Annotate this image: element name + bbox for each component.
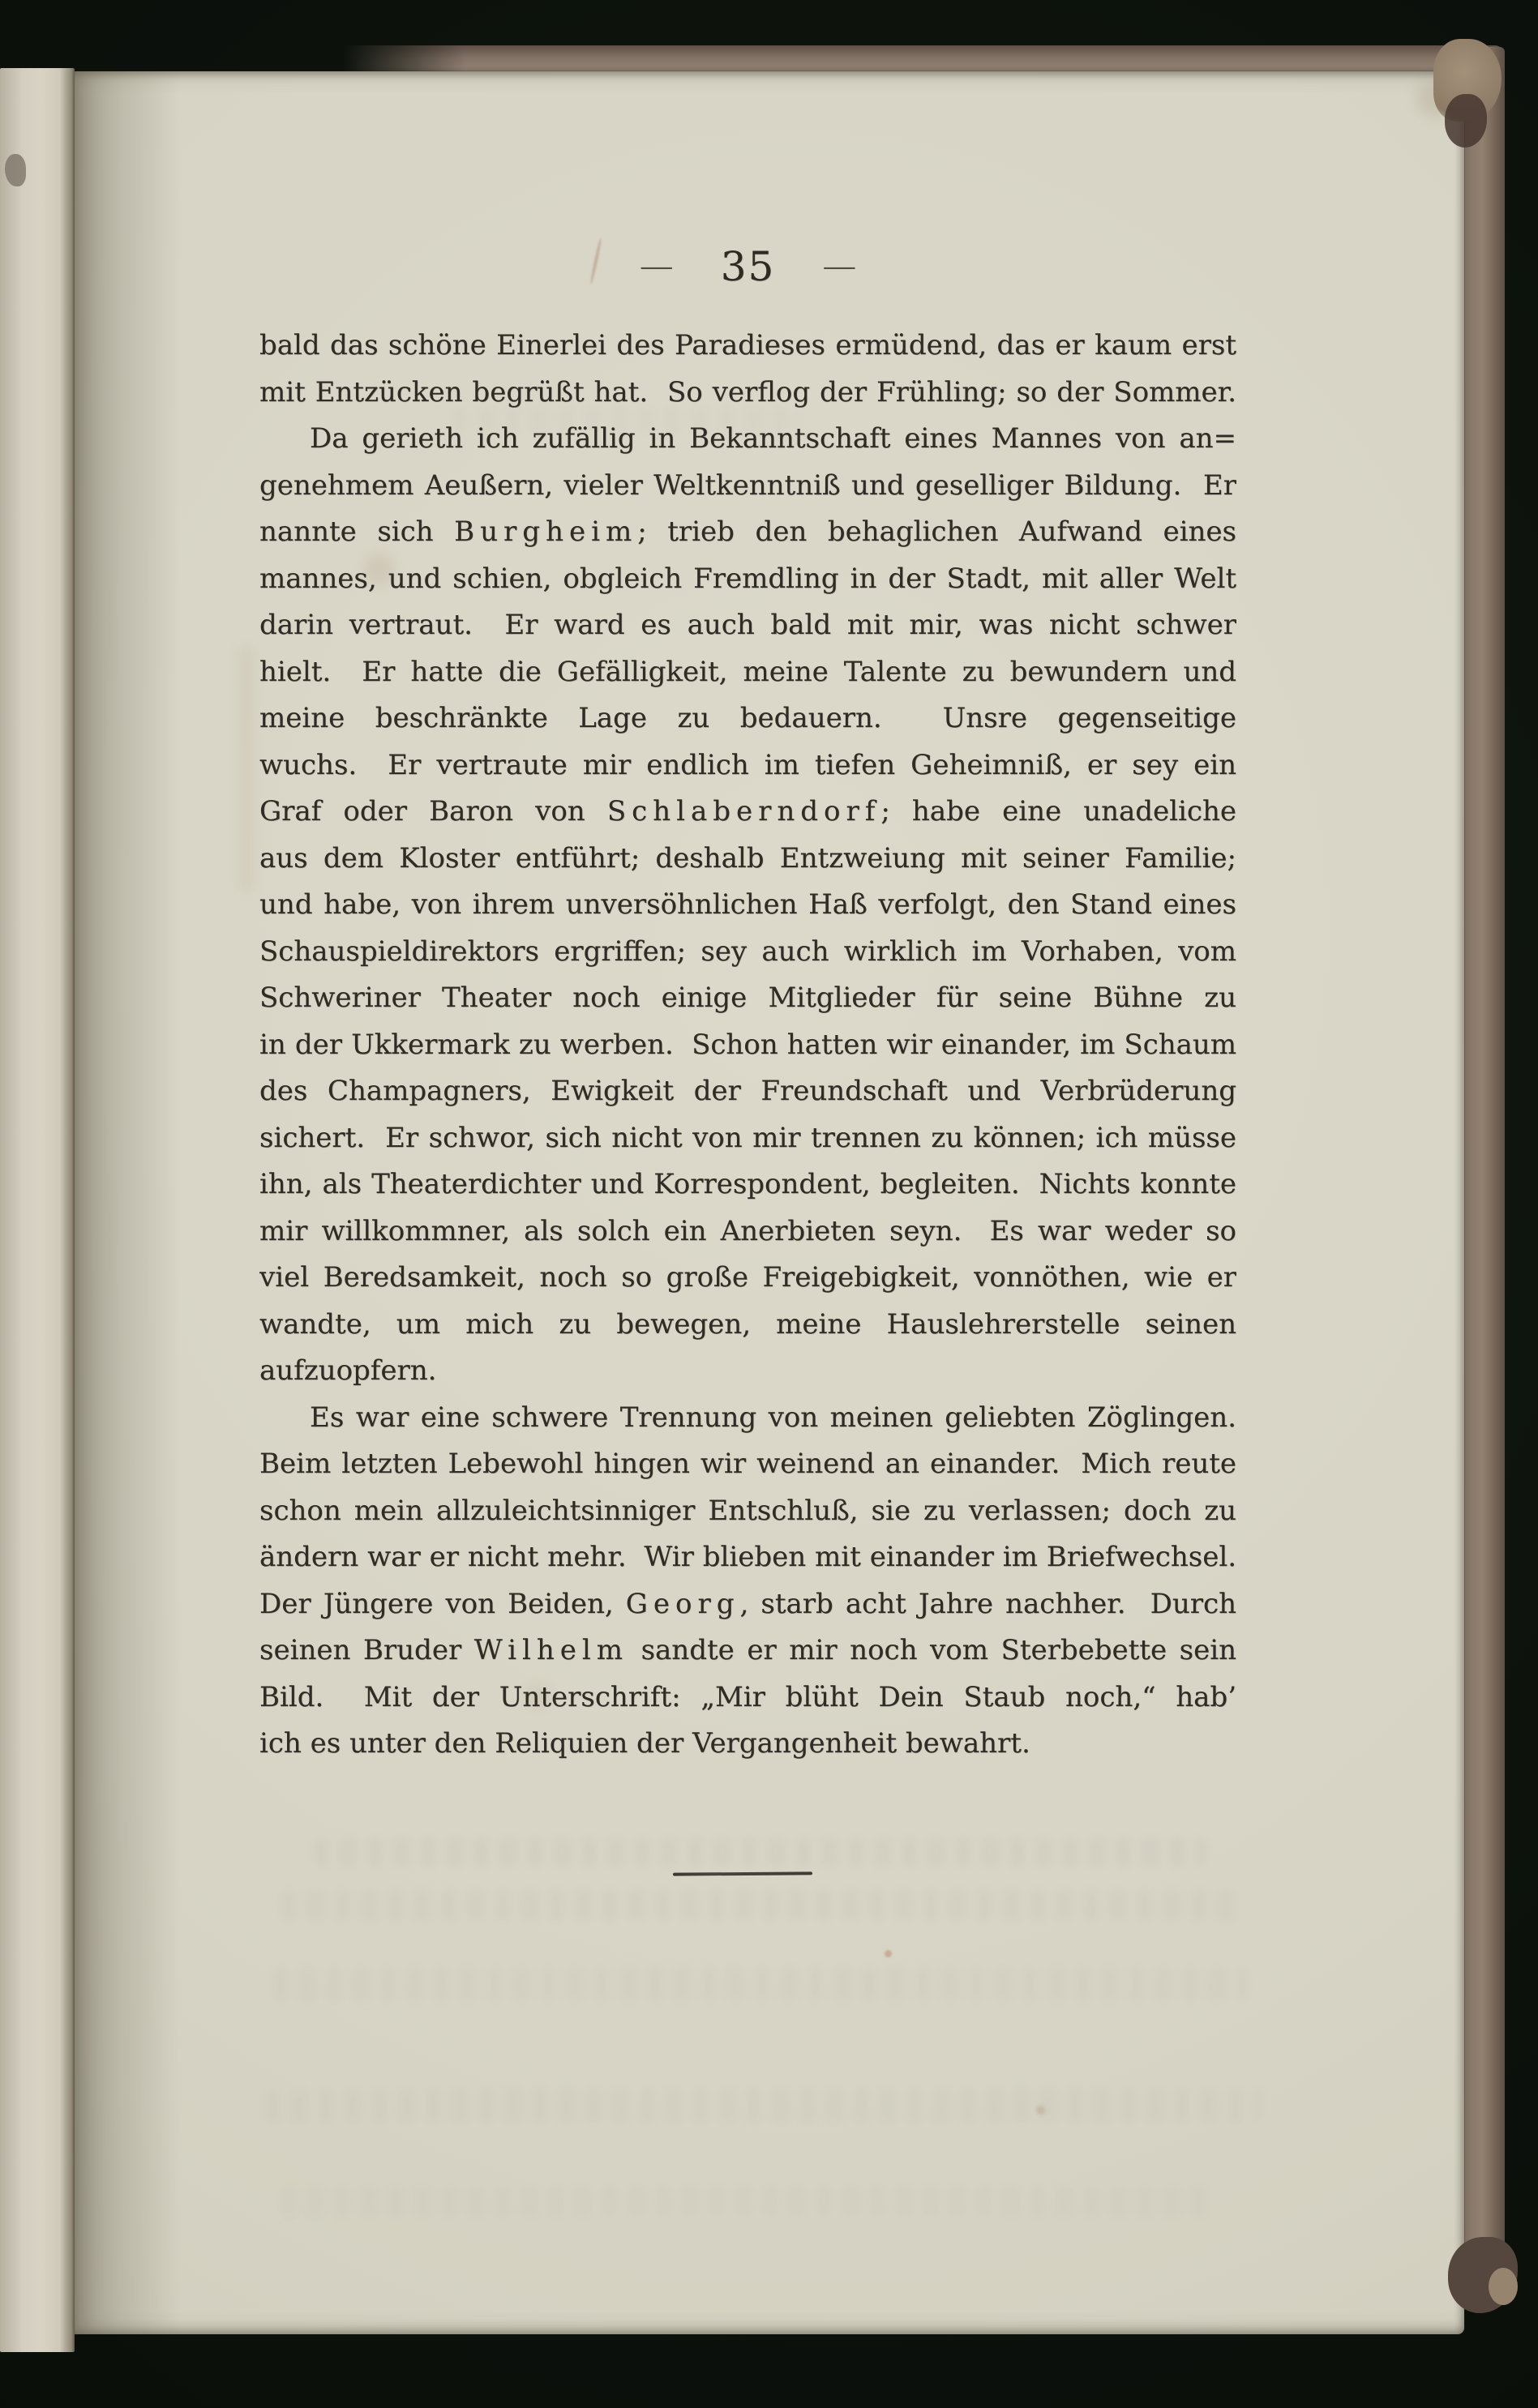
text-segment: mit Entzücken begrüßt hat. So verflog de… [259,376,1236,408]
text-segment: aufzuopfern. [259,1354,436,1387]
text-segment: mir willkommner, als solch ein Anerbiete… [259,1215,1236,1247]
letterspaced-name: Georg [626,1588,740,1620]
text-line: mir willkommner, als solch ein Anerbiete… [259,1208,1236,1255]
text-line: seinen Bruder Wilhelm sandte er mir noch… [259,1627,1236,1674]
text-segment: Schweriner Theater noch einige Mitgliede… [259,982,1236,1022]
text-line: Da gerieth ich zufällig in Bekanntschaft… [259,416,1236,463]
text-segment: wuchs. Er vertraute mir endlich im tiefe… [259,749,1236,781]
letterspaced-name: Burgheim [454,515,637,548]
text-segment: aus dem Kloster entführt; deshalb Entzwe… [259,842,1236,875]
text-line: mit Entzücken begrüßt hat. So verflog de… [259,370,1236,417]
text-segment: , starb acht Jahre nachher. Durch [740,1588,1236,1620]
text-segment: viel Beredsamkeit, noch so große Freigeb… [259,1261,1236,1302]
text-line: mannes, und schien, obgleich Fremdling i… [259,556,1236,603]
text-segment: ich es unter den Reliquien der Vergangen… [259,1727,1030,1760]
text-segment: Es war eine schwere Trennung von meinen … [310,1401,1236,1434]
text-line: bald das schöne Einerlei des Paradieses … [259,323,1236,370]
text-segment: genehmem Aeußern, vieler Weltkenntniß un… [259,469,1236,502]
text-line: wandte, um mich zu bewegen, meine Hausle… [259,1302,1236,1349]
text-segment: Schauspieldirektors ergriffen; sey auch … [259,935,1236,968]
text-segment: Graf oder Baron von [259,795,607,828]
text-line: genehmem Aeußern, vieler Weltkenntniß un… [259,463,1236,510]
text-segment: ändern war er nicht mehr. Wir blieben mi… [259,1541,1236,1573]
text-line: Graf oder Baron von Schlaberndorf; habe … [259,789,1236,836]
show-through-text [274,1968,1247,2000]
text-segment: seinen Bruder [259,1634,474,1666]
page-number: 35 [721,246,776,287]
text-segment: sandte er mir noch vom Sterbebette sein [628,1634,1236,1666]
text-segment: Bild. Mit der Unterschrift: „Mir blüht D… [259,1681,1236,1713]
text-segment: bald das schöne Einerlei des Paradieses … [259,329,1236,361]
header-dash-left: — [640,254,674,280]
text-line: wuchs. Er vertraute mir endlich im tiefe… [259,742,1236,789]
page-header: — 35 — [259,242,1236,292]
text-segment: meine beschränkte Lage zu bedauern. Unsr… [259,702,1236,742]
text-line: Es war eine schwere Trennung von meinen … [259,1395,1236,1442]
header-dash-right: — [822,254,856,280]
text-line: hielt. Er hatte die Gefälligkeit, meine … [259,649,1236,696]
text-line: Beim letzten Lebewohl hingen wir weinend… [259,1441,1236,1488]
stain [240,647,253,890]
text-line: darin vertraut. Er ward es auch bald mit… [259,602,1236,649]
gutter-shadow [71,71,181,2334]
stain [885,1950,892,1957]
text-line: Schweriner Theater noch einige Mitgliede… [259,975,1236,1022]
letterspaced-name: Wilhelm [474,1634,628,1666]
show-through-text [315,1838,1206,1866]
text-segment: in der Ukkermark zu werben. Schon hatten… [259,1029,1236,1061]
letterspaced-name: Schlaberndorf [607,795,880,828]
text-segment: hielt. Er hatte die Gefälligkeit, meine … [259,656,1236,688]
text-segment: und habe, von ihrem unversöhnlichen Haß … [259,888,1236,921]
book-photo: — 35 — bald das schöne Einerlei des Para… [0,0,1538,2408]
text-line: des Champagners, Ewigkeit der Freundscha… [259,1068,1236,1115]
text-segment: nannte sich [259,515,454,548]
text-segment: darin vertraut. Er ward es auch bald mit… [259,609,1236,641]
text-line: aufzuopfern. [259,1348,1236,1395]
text-line: nannte sich Burgheim; trieb den behaglic… [259,509,1236,556]
text-line: aus dem Kloster entführt; deshalb Entzwe… [259,836,1236,883]
text-line: ich es unter den Reliquien der Vergangen… [259,1721,1236,1768]
text-segment: Der Jüngere von Beiden, [259,1588,626,1620]
text-segment: mannes, und schien, obgleich Fremdling i… [259,562,1236,595]
book-page: — 35 — bald das schöne Einerlei des Para… [71,71,1464,2334]
text-segment: Beim letzten Lebewohl hingen wir weinend… [259,1448,1236,1480]
text-segment: ihn, als Theaterdichter und Korresponden… [259,1168,1236,1200]
text-line: viel Beredsamkeit, noch so große Freigeb… [259,1255,1236,1302]
text-block: bald das schöne Einerlei des Paradieses … [259,323,1236,1768]
show-through-text [282,1890,1239,1919]
text-line: schon mein allzuleichtsinniger Entschluß… [259,1488,1236,1535]
page-edge-speck [5,154,26,186]
text-line: und habe, von ihrem unversöhnlichen Haß … [259,882,1236,929]
text-segment: des Champagners, Ewigkeit der Freundscha… [259,1075,1236,1115]
text-segment: Da gerieth ich zufällig in Bekanntschaft… [310,422,1236,455]
section-divider-rule [673,1871,812,1876]
stain [1036,2106,1045,2115]
text-segment: wandte, um mich zu bewegen, meine Hausle… [259,1308,1236,1349]
cover-corner-wear-tip [1489,2268,1518,2305]
text-line: ändern war er nicht mehr. Wir blieben mi… [259,1534,1236,1581]
previous-page-edge [0,68,75,2352]
text-line: meine beschränkte Lage zu bedauern. Unsr… [259,695,1236,742]
text-line: Der Jüngere von Beiden, Georg, starb ach… [259,1581,1236,1628]
text-segment: sichert. Er schwor, sich nicht von mir t… [259,1122,1236,1154]
show-through-text [266,2089,1263,2122]
text-line: Schauspieldirektors ergriffen; sey auch … [259,929,1236,976]
text-line: Bild. Mit der Unterschrift: „Mir blüht D… [259,1674,1236,1722]
show-through-text [282,2187,1215,2216]
text-line: sichert. Er schwor, sich nicht von mir t… [259,1115,1236,1162]
text-segment: schon mein allzuleichtsinniger Entschluß… [259,1495,1236,1527]
text-line: in der Ukkermark zu werben. Schon hatten… [259,1022,1236,1069]
text-line: ihn, als Theaterdichter und Korresponden… [259,1161,1236,1208]
